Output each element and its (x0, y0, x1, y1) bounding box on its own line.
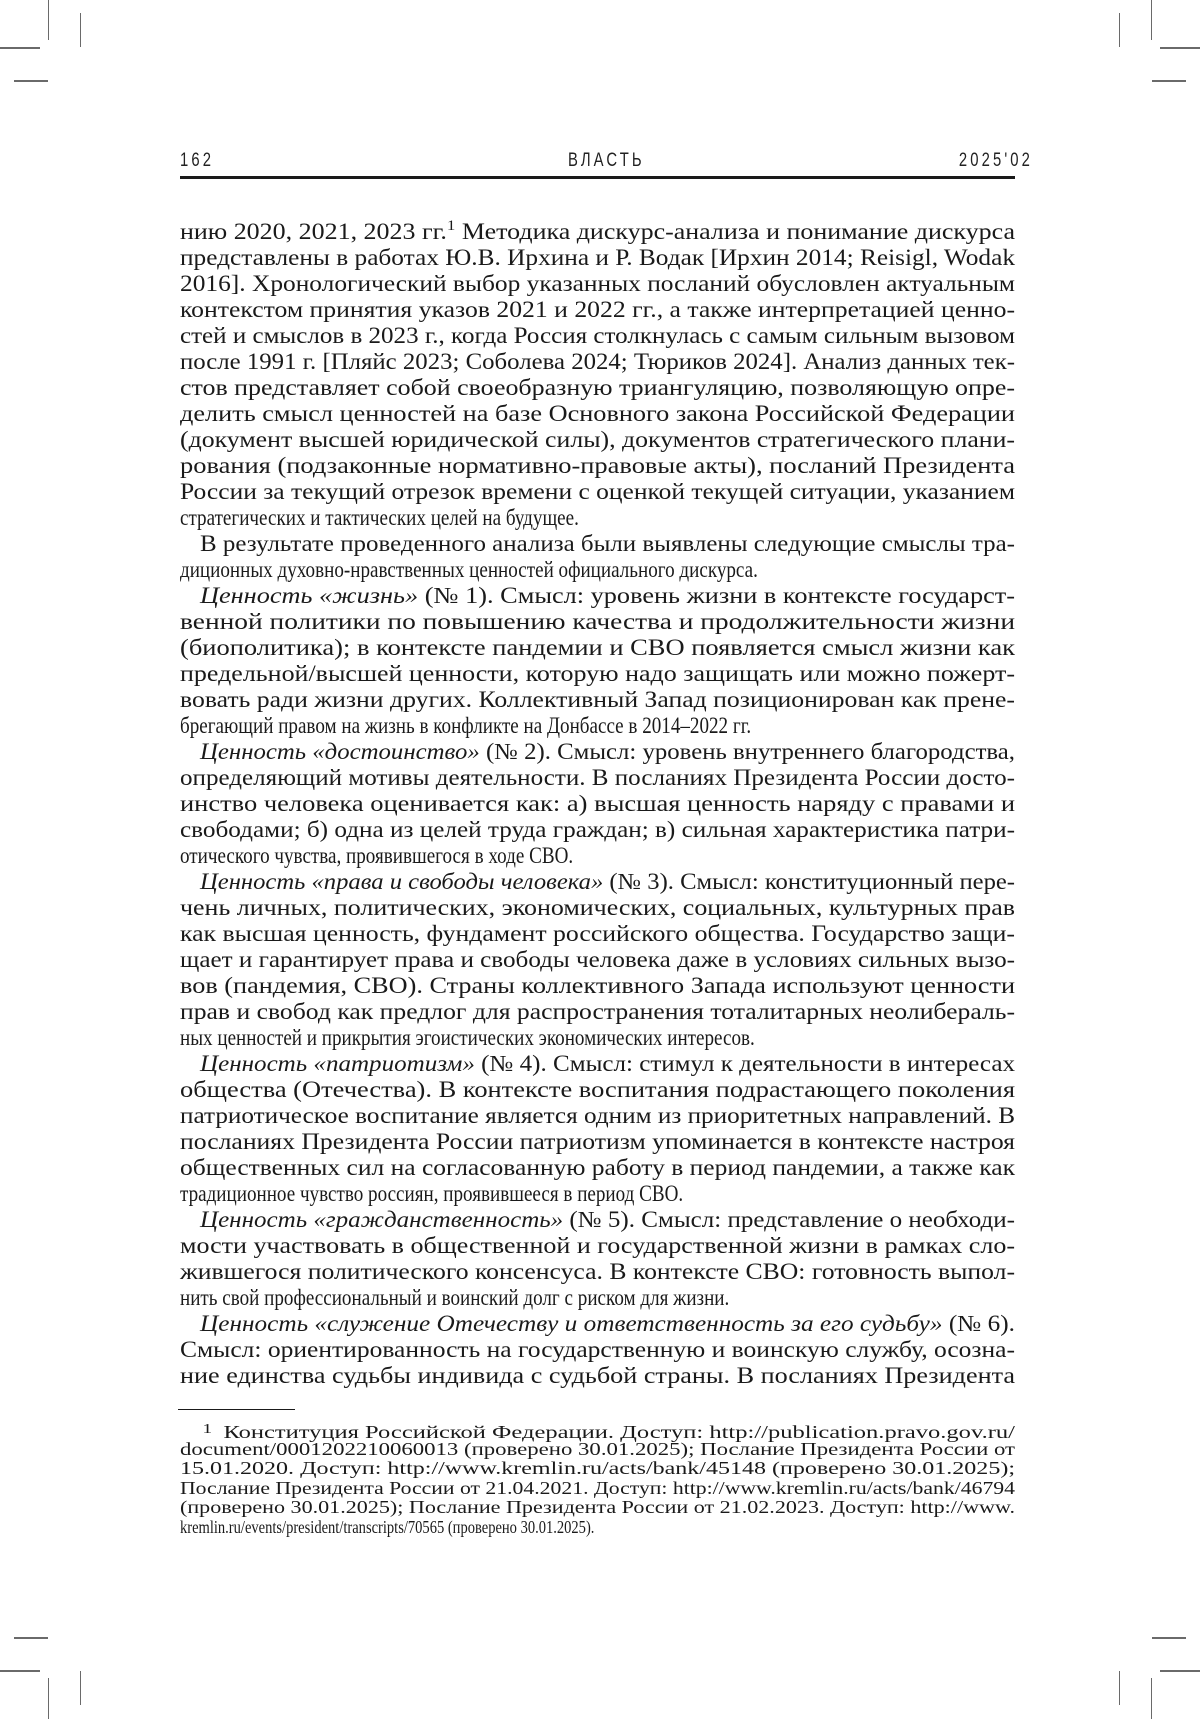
footnote-line: kremlin.ru/events/president/transcripts/… (180, 1518, 1015, 1538)
text-run: (№ 2). Смысл: уровень внутреннего благор… (480, 739, 1015, 764)
text-line: чень личных, политических, экономических… (180, 895, 1015, 921)
text-line: нию 2020, 2021, 2023 гг.1 Методика диску… (180, 219, 1015, 245)
text-run: представлены в работах Ю.В. Ирхина и Р. … (180, 245, 1015, 270)
text-line: стей и смыслов в 2023 г., когда Россия с… (180, 323, 1015, 349)
footnote-text: Послание Президента России от 21.04.2021… (180, 1478, 1015, 1498)
text-run: мости участвовать в общественной и госуд… (180, 1233, 1015, 1258)
text-line: посланиях Президента России патриотизм у… (180, 1129, 1015, 1155)
text-run: посланиях Президента России патриотизм у… (180, 1129, 1015, 1154)
footnote-line: 15.01.2020. Доступ: http://www.kremlin.r… (180, 1459, 1015, 1479)
text-line: предельной/высшей ценности, которую надо… (180, 661, 1015, 687)
text-run: нию 2020, 2021, 2023 гг. (180, 219, 447, 244)
crop-mark (0, 1670, 40, 1672)
text-run: диционных духовно-нравственных ценностей… (180, 557, 758, 582)
text-run: (№ 5). Смысл: представление о необходи- (563, 1207, 1015, 1232)
text-line: контекстом принятия указов 2021 и 2022 г… (180, 297, 1015, 323)
text-run: отического чувства, проявившегося в ходе… (180, 843, 573, 868)
text-line: общественных сил на согласованную работу… (180, 1155, 1015, 1181)
text-run: рования (подзаконные нормативно-правовые… (180, 453, 1015, 478)
text-run: жившегося политического консенсуса. В ко… (180, 1259, 1015, 1284)
text-line: (биополитика); в контексте пандемии и СВ… (180, 635, 1015, 661)
text-run: стратегических и тактических целей на бу… (180, 505, 579, 530)
value-term: Ценность «патриотизм» (200, 1051, 475, 1076)
text-line: определяющий мотивы деятельности. В посл… (180, 765, 1015, 791)
text-line: 2016]. Хронологический выбор указанных п… (180, 271, 1015, 297)
crop-mark (0, 47, 40, 49)
value-term: Ценность «служение Отечеству и ответстве… (200, 1311, 943, 1336)
crop-mark (14, 1637, 48, 1639)
text-line: общества (Отечества). В контексте воспит… (180, 1077, 1015, 1103)
text-run: (документ высшей юридической силы), доку… (180, 427, 1015, 452)
text-run: В результате проведенного анализа были в… (200, 531, 1015, 556)
text-line: прав и свобод как предлог для распростра… (180, 999, 1015, 1025)
text-run: вов (пандемия, СВО). Страны коллективног… (180, 973, 1015, 998)
value-term: Ценность «достоинство» (200, 739, 480, 764)
footnote-ref: 1 (447, 218, 455, 234)
text-line: брегающий правом на жизнь в конфликте на… (180, 713, 1015, 739)
text-run: Смысл: ориентированность на государствен… (180, 1337, 1015, 1362)
text-line: ных ценностей и прикрытия эгоистических … (180, 1025, 1015, 1051)
footnote-line: 1Конституция Российской Федерации. Досту… (180, 1420, 1015, 1440)
issue-number: 2025'02 (959, 150, 1033, 172)
crop-mark (48, 1678, 49, 1719)
text-line: (документ высшей юридической силы), доку… (180, 427, 1015, 453)
crop-mark (1119, 13, 1120, 47)
footnote-text: document/0001202210060013 (проверено 30.… (180, 1439, 1015, 1459)
page-number: 162 (180, 150, 214, 172)
journal-title: ВЛАСТЬ (568, 150, 645, 172)
body-text: нию 2020, 2021, 2023 гг.1 Методика диску… (180, 219, 1015, 1389)
text-run: вовать ради жизни других. Коллективный З… (180, 687, 1015, 712)
text-run: традиционное чувство россиян, проявившее… (180, 1181, 683, 1206)
text-line: Ценность «права и свободы человека» (№ 3… (180, 869, 1015, 895)
footnote-line: Послание Президента России от 21.04.2021… (180, 1479, 1015, 1499)
value-term: Ценность «гражданственность» (200, 1207, 563, 1232)
text-run: нить свой профессиональный и воинский до… (180, 1285, 729, 1310)
text-line: В результате проведенного анализа были в… (180, 531, 1015, 557)
text-line: инство человека оценивается как: а) высш… (180, 791, 1015, 817)
crop-mark (80, 1671, 81, 1705)
text-line: представлены в работах Ю.В. Ирхина и Р. … (180, 245, 1015, 271)
text-run: стов представляет собой своеобразную три… (180, 375, 1015, 400)
text-line: Ценность «достоинство» (№ 2). Смысл: уро… (180, 739, 1015, 765)
footnote-number: 1 (180, 1422, 223, 1437)
text-line: стратегических и тактических целей на бу… (180, 505, 1015, 531)
text-line: патриотическое воспитание является одним… (180, 1103, 1015, 1129)
crop-mark (1151, 0, 1152, 40)
crop-mark (1152, 80, 1186, 82)
text-run: 2016]. Хронологический выбор указанных п… (180, 271, 1015, 296)
crop-mark (1160, 1670, 1200, 1672)
text-line: жившегося политического консенсуса. В ко… (180, 1259, 1015, 1285)
text-line: отического чувства, проявившегося в ходе… (180, 843, 1015, 869)
text-line: после 1991 г. [Пляйс 2023; Соболева 2024… (180, 349, 1015, 375)
text-run: венной политики по повышению качества и … (180, 609, 1015, 634)
text-line: рования (подзаконные нормативно-правовые… (180, 453, 1015, 479)
text-run: чень личных, политических, экономических… (180, 895, 1015, 920)
text-run: после 1991 г. [Пляйс 2023; Соболева 2024… (180, 349, 1015, 374)
footnote-line: document/0001202210060013 (проверено 30.… (180, 1440, 1015, 1460)
text-line: стов представляет собой своеобразную три… (180, 375, 1015, 401)
text-line: России за текущий отрезок времени с оцен… (180, 479, 1015, 505)
text-run: (№ 1). Смысл: уровень жизни в контексте … (418, 583, 1015, 608)
text-run: определяющий мотивы деятельности. В посл… (180, 765, 1015, 790)
crop-mark (80, 13, 81, 47)
text-line: диционных духовно-нравственных ценностей… (180, 557, 1015, 583)
text-line: свободами; б) одна из целей труда гражда… (180, 817, 1015, 843)
footnote-text: (проверено 30.01.2025); Послание Президе… (180, 1497, 1015, 1517)
text-run: Методика дискурс-анализа и понимание дис… (455, 219, 1015, 244)
text-run: брегающий правом на жизнь в конфликте на… (180, 713, 751, 738)
text-line: мости участвовать в общественной и госуд… (180, 1233, 1015, 1259)
text-line: Ценность «жизнь» (№ 1). Смысл: уровень ж… (180, 583, 1015, 609)
text-run: (№ 3). Смысл: конституционный пере- (603, 869, 1015, 894)
text-line: венной политики по повышению качества и … (180, 609, 1015, 635)
text-run: прав и свобод как предлог для распростра… (180, 999, 1015, 1024)
crop-mark (14, 80, 48, 82)
crop-mark (1160, 47, 1200, 49)
value-term: Ценность «жизнь» (200, 583, 418, 608)
text-line: ние единства судьбы индивида с судьбой с… (180, 1363, 1015, 1389)
text-line: традиционное чувство россиян, проявившее… (180, 1181, 1015, 1207)
value-term: Ценность «права и свободы человека» (200, 869, 603, 894)
footnote-text: 15.01.2020. Доступ: http://www.kremlin.r… (180, 1458, 1015, 1478)
text-line: нить свой профессиональный и воинский до… (180, 1285, 1015, 1311)
text-run: общества (Отечества). В контексте воспит… (180, 1077, 1015, 1102)
text-run: (биополитика); в контексте пандемии и СВ… (180, 635, 1015, 660)
text-run: ных ценностей и прикрытия эгоистических … (180, 1025, 755, 1050)
footnote-line: (проверено 30.01.2025); Послание Президе… (180, 1498, 1015, 1518)
text-run: (№ 4). Смысл: стимул к деятельности в ин… (475, 1051, 1015, 1076)
text-line: Смысл: ориентированность на государствен… (180, 1337, 1015, 1363)
text-run: свободами; б) одна из целей труда гражда… (180, 817, 1015, 842)
text-run: России за текущий отрезок времени с оцен… (180, 479, 1015, 504)
crop-mark (1152, 1637, 1186, 1639)
footnotes: 1Конституция Российской Федерации. Досту… (180, 1420, 1015, 1537)
text-run: щает и гарантирует права и свободы челов… (180, 947, 1015, 972)
text-run: ние единства судьбы индивида с судьбой с… (180, 1363, 1015, 1388)
running-head: 162 ВЛАСТЬ 2025'02 (180, 150, 1015, 174)
text-line: вов (пандемия, СВО). Страны коллективног… (180, 973, 1015, 999)
text-line: Ценность «патриотизм» (№ 4). Смысл: стим… (180, 1051, 1015, 1077)
text-run: (№ 6). (943, 1311, 1015, 1336)
crop-mark (48, 0, 49, 40)
text-line: делить смысл ценностей на базе Основного… (180, 401, 1015, 427)
text-run: предельной/высшей ценности, которую надо… (180, 661, 1015, 686)
text-run: как высшая ценность, фундамент российско… (180, 921, 1015, 946)
text-run: делить смысл ценностей на базе Основного… (180, 401, 1015, 426)
crop-mark (1119, 1671, 1120, 1705)
crop-mark (1151, 1678, 1152, 1719)
text-run: общественных сил на согласованную работу… (180, 1155, 1015, 1180)
header-rule (180, 176, 1015, 179)
text-line: Ценность «гражданственность» (№ 5). Смыс… (180, 1207, 1015, 1233)
footnote-rule (178, 1409, 295, 1410)
footnote-text: kremlin.ru/events/president/transcripts/… (180, 1517, 594, 1537)
text-line: щает и гарантирует права и свободы челов… (180, 947, 1015, 973)
text-run: инство человека оценивается как: а) высш… (180, 791, 1015, 816)
text-run: стей и смыслов в 2023 г., когда Россия с… (180, 323, 1015, 348)
text-line: как высшая ценность, фундамент российско… (180, 921, 1015, 947)
text-line: Ценность «служение Отечеству и ответстве… (180, 1311, 1015, 1337)
text-line: вовать ради жизни других. Коллективный З… (180, 687, 1015, 713)
text-run: контекстом принятия указов 2021 и 2022 г… (180, 297, 1015, 322)
text-run: патриотическое воспитание является одним… (180, 1103, 1015, 1128)
